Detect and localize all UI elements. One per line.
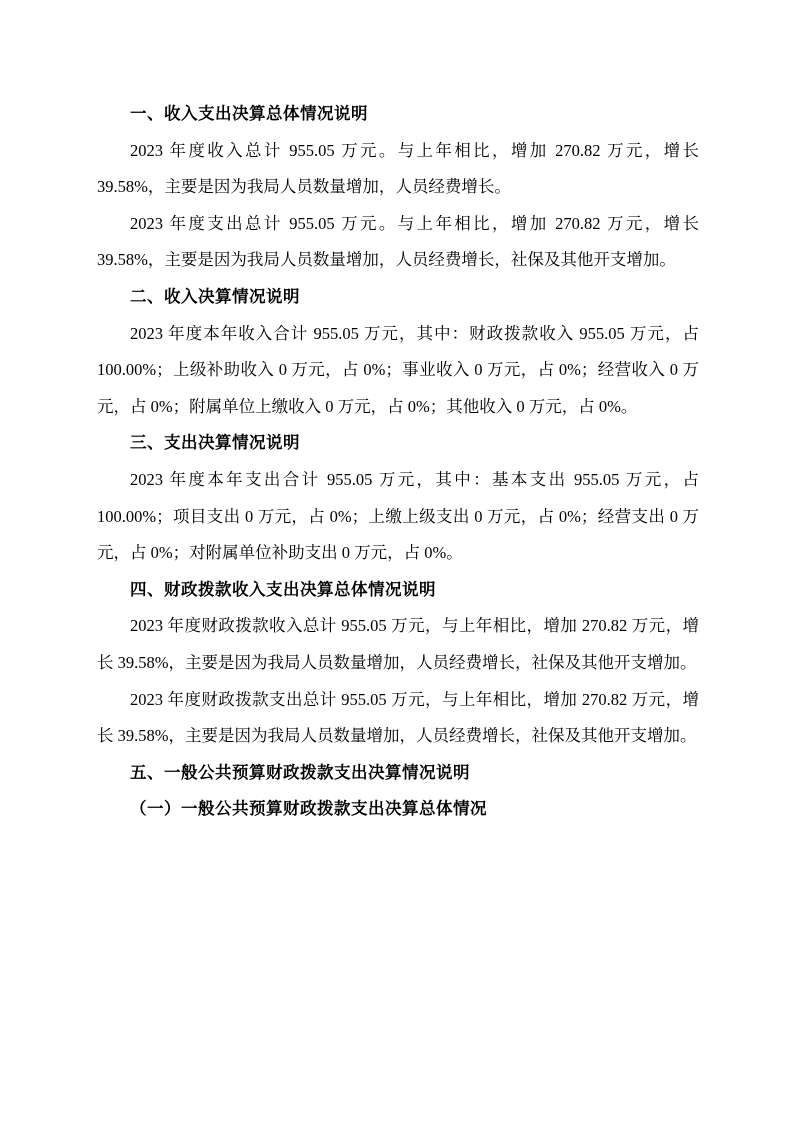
- section-3-paragraph: 2023 年度本年支出合计 955.05 万元，其中：基本支出 955.05 万…: [97, 462, 699, 572]
- section-3-heading: 三、支出决算情况说明: [97, 425, 699, 462]
- section-5-subheading-1: （一）一般公共预算财政拨款支出决算总体情况: [97, 791, 699, 828]
- section-2-paragraph: 2023 年度本年收入合计 955.05 万元，其中：财政拨款收入 955.05…: [97, 316, 699, 426]
- section-4-heading: 四、财政拨款收入支出决算总体情况说明: [97, 572, 699, 609]
- section-4-paragraph-income: 2023 年度财政拨款收入总计 955.05 万元，与上年相比，增加 270.8…: [97, 608, 699, 681]
- section-2-heading: 二、收入决算情况说明: [97, 279, 699, 316]
- section-4-paragraph-expense: 2023 年度财政拨款支出总计 955.05 万元，与上年相比，增加 270.8…: [97, 682, 699, 755]
- document-page: 一、收入支出决算总体情况说明 2023 年度收入总计 955.05 万元。与上年…: [0, 0, 793, 1122]
- section-1-paragraph-income: 2023 年度收入总计 955.05 万元。与上年相比，增加 270.82 万元…: [97, 133, 699, 206]
- section-1-heading: 一、收入支出决算总体情况说明: [97, 96, 699, 133]
- section-5-heading: 五、一般公共预算财政拨款支出决算情况说明: [97, 755, 699, 792]
- section-1-paragraph-expense: 2023 年度支出总计 955.05 万元。与上年相比，增加 270.82 万元…: [97, 206, 699, 279]
